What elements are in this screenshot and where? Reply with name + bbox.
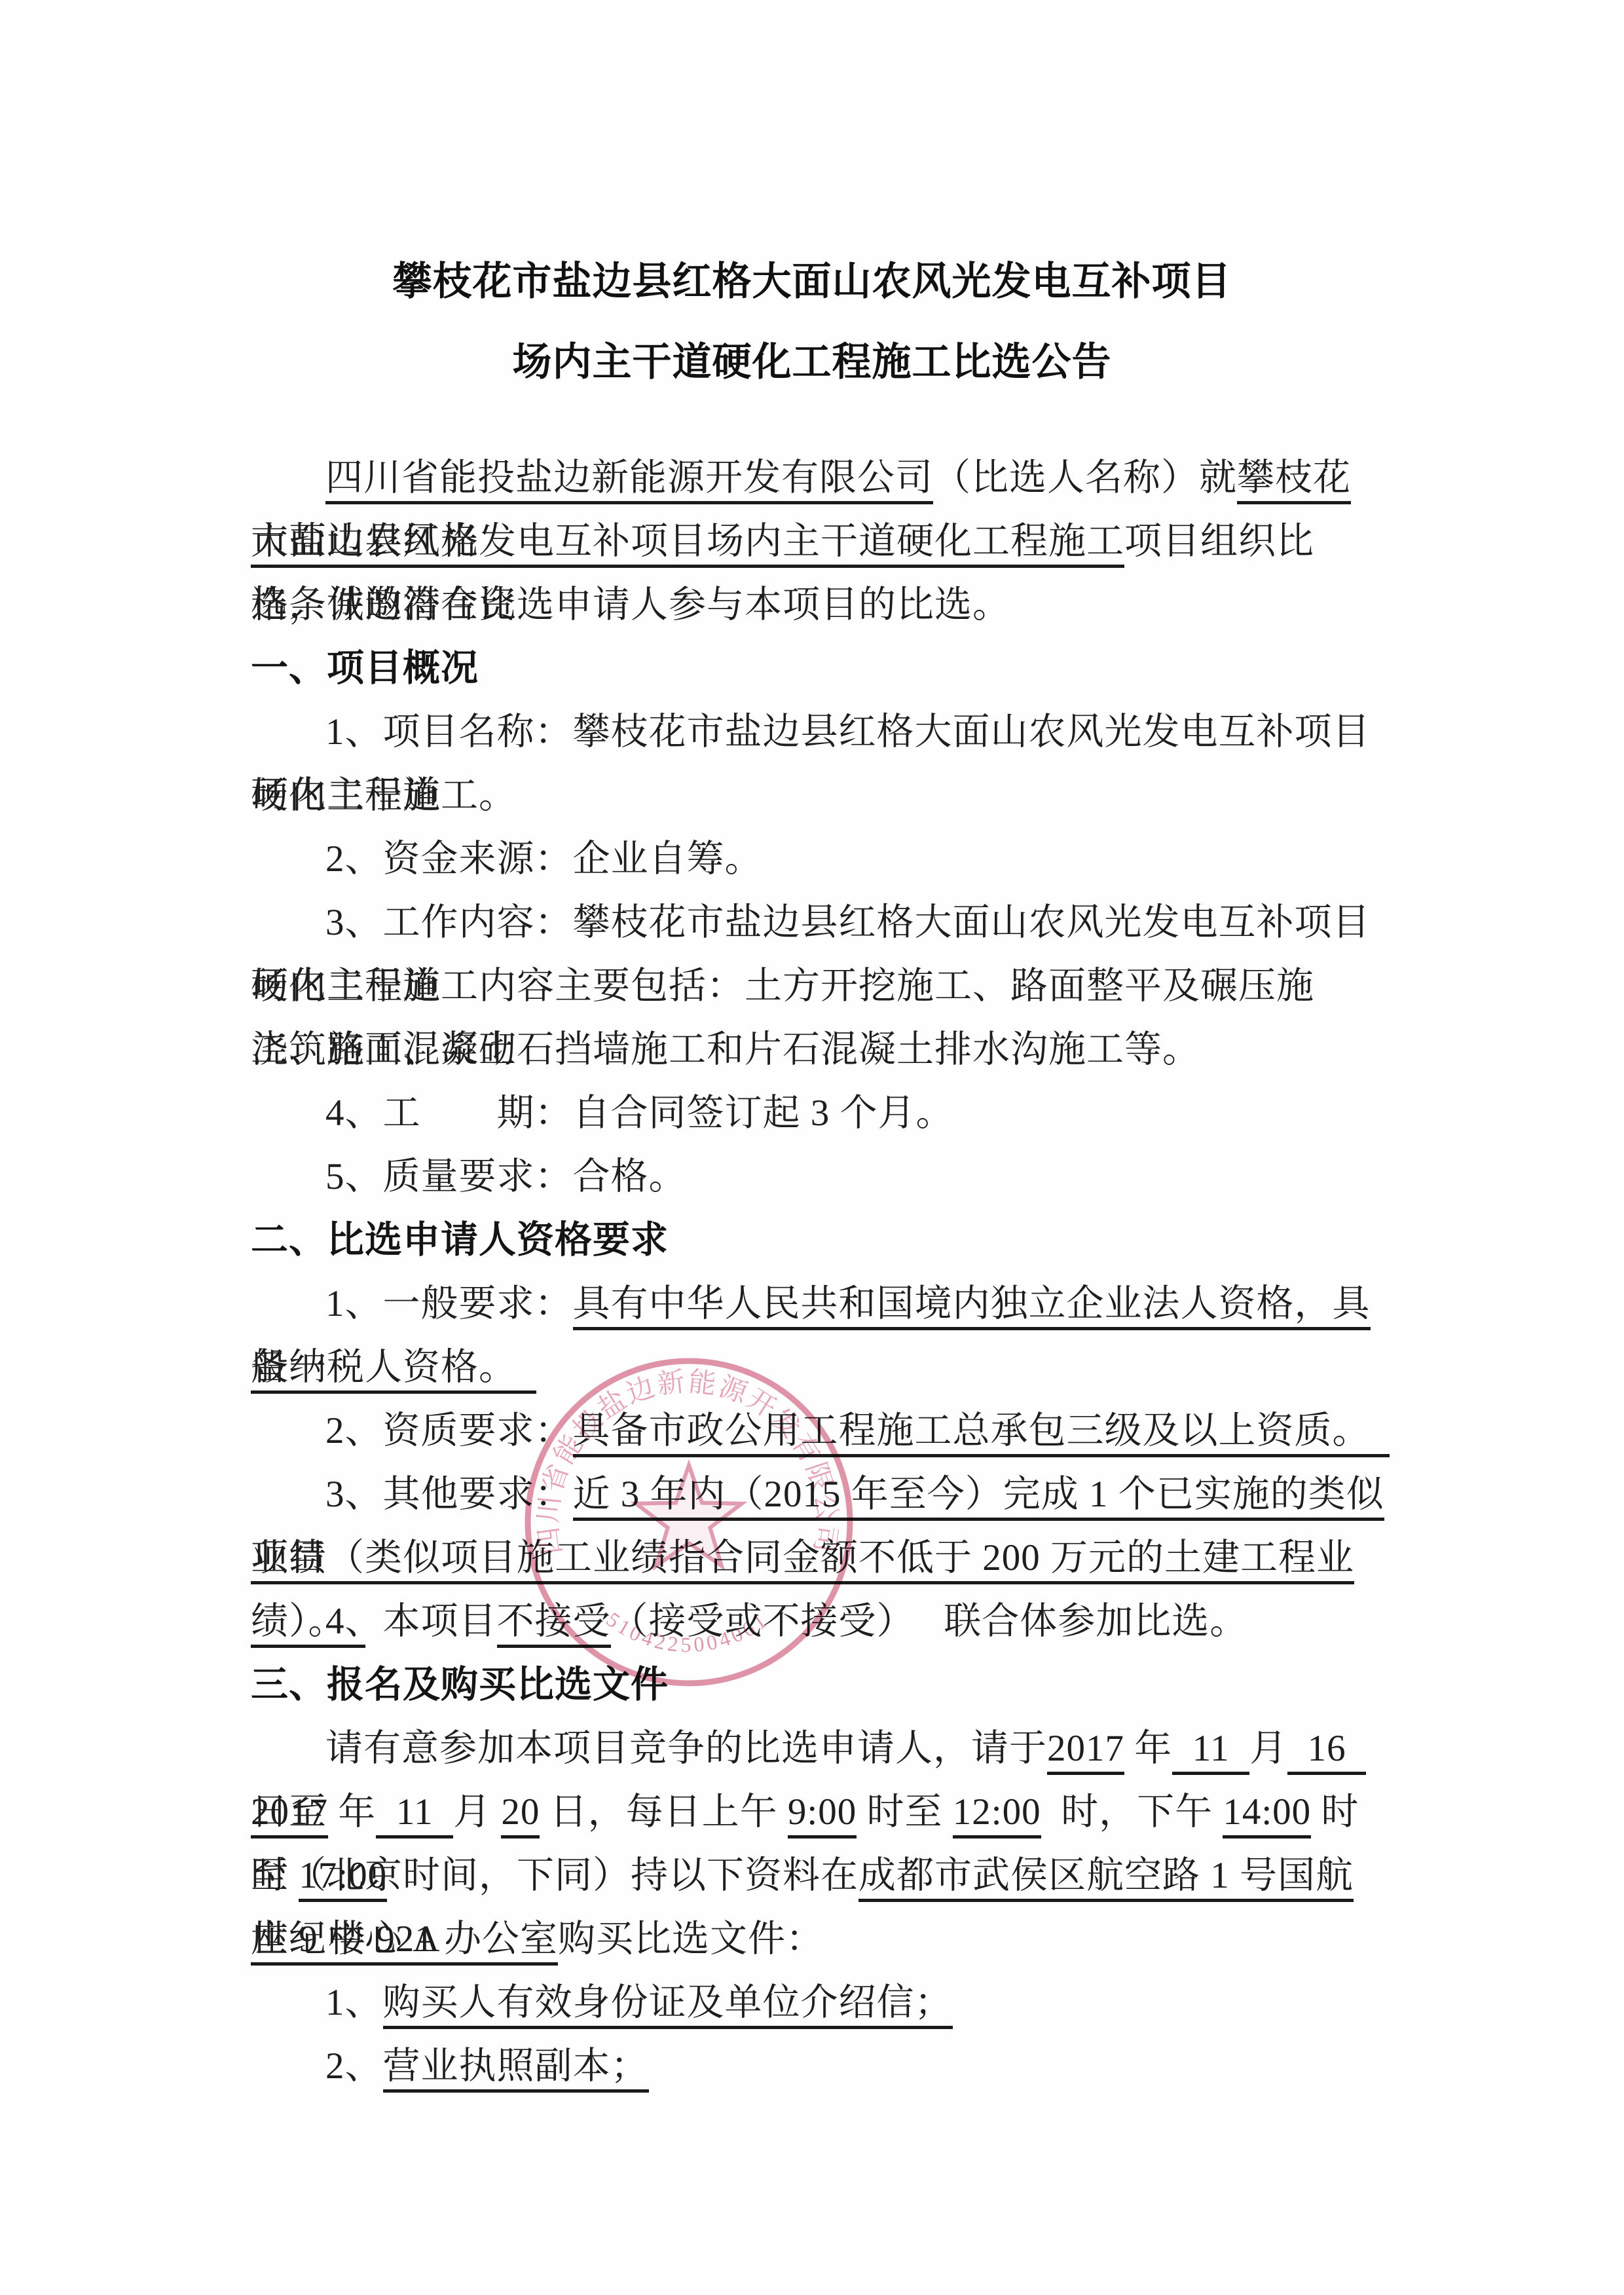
underlined-bidder-name: 四川省能投盐边新能源开发有限公司 [325, 457, 933, 504]
underlined-day: 20 [501, 1791, 540, 1838]
plain-text: 年 [1124, 1728, 1172, 1769]
section-2-heading: 二、比选申请人资格要求 [251, 1208, 1388, 1272]
plain-text: 月 [1249, 1728, 1287, 1769]
plain-text: 月 [453, 1791, 501, 1833]
underlined-year: 2017 [251, 1791, 328, 1838]
plain-text: 时（北京时间，下同）持以下资料在 [251, 1855, 858, 1896]
plain-text: （比选人名称）就 [933, 457, 1237, 498]
section-1-heading: 一、项目概况 [251, 637, 1388, 700]
underlined-time: 9:00 [788, 1791, 857, 1838]
document-body: 四川省能投盐边新能源开发有限公司（比选人名称）就攀枝花市盐边县红格 大面山农风光… [251, 446, 1388, 2098]
s1-item3-line1: 3、工作内容：攀枝花市盐边县红格大面山农风光发电互补项目场内主干道 [251, 891, 1388, 954]
underlined-month: 11 [376, 1791, 453, 1838]
s3-item2: 2、营业执照副本； [251, 2034, 1388, 2098]
underlined-year: 2017 [1047, 1728, 1124, 1775]
plain-text: 2、 [325, 2045, 383, 2087]
s1-item3-line3: 浇筑施工、浆砌石挡墙施工和片石混凝土排水沟施工等。 [251, 1018, 1388, 1081]
s1-item4: 4、工 期：自合同签订起 3 个月。 [251, 1081, 1388, 1145]
s3-line2: 2017 年 11 月 20 日，每日上午 9:00 时至 12:00 时，下午… [251, 1780, 1388, 1844]
document-title-line-1: 攀枝花市盐边县红格大面山农风光发电互补项目 [0, 259, 1624, 305]
s3-line3: 时（北京时间，下同）持以下资料在成都市武侯区航空路 1 号国航世纪中心 A [251, 1844, 1388, 1907]
underlined-time: 14:00 [1223, 1791, 1311, 1838]
underlined-day: 16 [1287, 1728, 1366, 1775]
seal-star-icon [636, 1465, 742, 1566]
s3-line1: 请有意参加本项目竞争的比选申请人，请于2017 年 11 月 16 日至 [251, 1717, 1388, 1780]
intro-line-2: 大面山农风光发电互补项目场内主干道硬化工程施工项目组织比选，诚邀符合资 [251, 510, 1388, 573]
plain-text: 日，每日上午 [540, 1791, 788, 1833]
underlined-license-requirement: 营业执照副本； [383, 2045, 649, 2093]
plain-text: 请有意参加本项目竞争的比选申请人，请于 [325, 1728, 1047, 1769]
plain-text: 4、本项目 [325, 1601, 497, 1642]
plain-text: 1、 [325, 1982, 383, 2023]
plain-text: 格条件的潜在比选申请人参与本项目的比选。 [251, 584, 1010, 625]
red-company-seal: 四川省能投盐边新能源开发有限公司 5104225004061 [517, 1351, 860, 1694]
underlined-time: 12:00 [953, 1791, 1041, 1838]
plain-text: 1、一般要求： [325, 1283, 573, 1324]
underlined-project-name-part2: 大面山农风光发电互补项目场内主干道硬化工程施工 [251, 521, 1124, 568]
s1-item2: 2、资金来源：企业自筹。 [251, 827, 1388, 891]
intro-line-3: 格条件的潜在比选申请人参与本项目的比选。 [251, 573, 1388, 637]
s3-line4: 座 9 楼 921 办公室购买比选文件： [251, 1907, 1388, 1971]
plain-text: 年 [328, 1791, 376, 1833]
s2-item1-line1: 1、一般要求：具有中华人民共和国境内独立企业法人资格，具备一 [251, 1272, 1388, 1335]
scanned-document-page: 攀枝花市盐边县红格大面山农风光发电互补项目 场内主干道硬化工程施工比选公告 四川… [0, 0, 1624, 2295]
s1-item1-line1: 1、项目名称：攀枝花市盐边县红格大面山农风光发电互补项目场内主干道 [251, 700, 1388, 764]
document-title-line-2: 场内主干道硬化工程施工比选公告 [0, 339, 1624, 385]
underlined-month: 11 [1172, 1728, 1249, 1775]
s1-item1-line2: 硬化工程施工。 [251, 764, 1388, 827]
intro-line-1: 四川省能投盐边新能源开发有限公司（比选人名称）就攀枝花市盐边县红格 [251, 446, 1388, 510]
s1-item3-line2: 硬化工程施工内容主要包括：土方开挖施工、路面整平及碾压施工、路面混凝土 [251, 954, 1388, 1018]
s3-item1: 1、购买人有效身份证及单位介绍信； [251, 1971, 1388, 2034]
plain-text: 购买比选文件： [558, 1918, 824, 1960]
plain-text: 时至 [857, 1791, 953, 1833]
plain-text: 时，下午 [1041, 1791, 1223, 1833]
underlined-id-requirement: 购买人有效身份证及单位介绍信； [383, 1982, 953, 2029]
underlined-requirement: 般纳税人资格。 [251, 1347, 536, 1394]
seal-serial-number: 5104225004061 [602, 1607, 773, 1656]
underlined-address-part2: 座 9 楼 921 办公室 [251, 1918, 558, 1966]
s1-item5: 5、质量要求：合格。 [251, 1145, 1388, 1208]
